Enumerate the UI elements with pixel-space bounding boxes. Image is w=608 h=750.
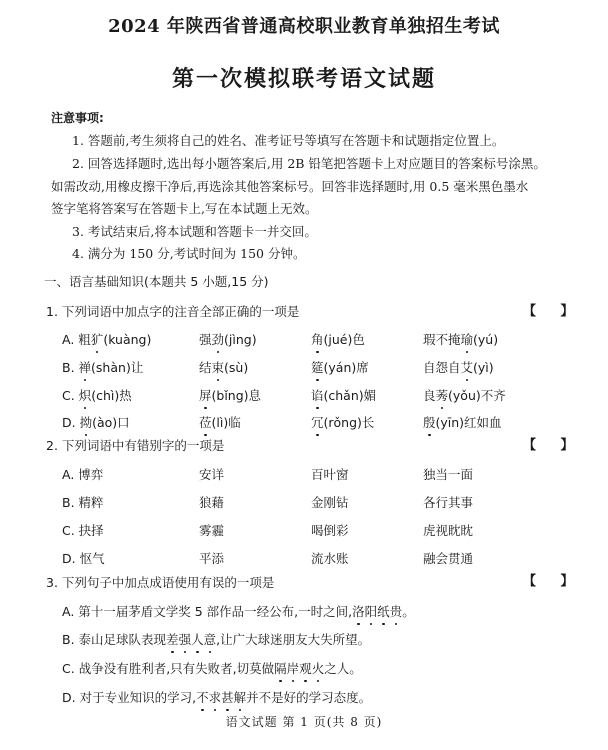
pinyin-suffix: (sù) [224, 360, 248, 375]
dotted-char: 冗 [311, 413, 324, 431]
word-prefix: 结 [199, 360, 212, 375]
exam-title: 2024 年陕西省普通高校职业教育单独招生考试 [0, 12, 608, 38]
sentence-suffix: 之人。 [324, 661, 362, 676]
option-label: C. [62, 661, 79, 676]
sentence-prefix: 泰山足球队表现 [79, 632, 167, 647]
option-a-item: 强劲(jìng) [199, 330, 257, 348]
sentence-suffix: 并不是好的学习态度。 [246, 690, 371, 705]
pinyin-suffix: (yǒu)不齐 [448, 388, 506, 403]
option-c-sentence: C. 战争没有胜利者,只有失败者,切莫做隔岸观火之人。 [62, 659, 362, 677]
option-d-item: 莅(lì)临 [199, 413, 241, 431]
option-a-item: A. 粗犷(kuàng) [62, 330, 151, 348]
section-heading: 一、语言基础知识(本题共 5 小题,15 分) [44, 272, 269, 290]
dotted-idiom-char: 阳 [365, 602, 378, 620]
notice-line-4: 签字笔将答案写在答题卡上,写在本试题上无效。 [51, 199, 317, 217]
option-c-word: 虎视眈眈 [423, 521, 473, 539]
dotted-char: 拗 [80, 413, 93, 431]
sentence-prefix: 第十一届茅盾文学奖 5 部作品一经公布,一时之间, [78, 604, 352, 619]
sentence-prefix: 对于专业知识的学习, [80, 690, 196, 705]
option-b-word: 狼藉 [199, 493, 224, 511]
option-c-item: 屏(bǐng)息 [199, 386, 261, 404]
dotted-char: 犷 [91, 330, 104, 348]
notice-line-1: 1. 答题前,考生须将自己的姓名、准考证号等填写在答题卡和试题指定位置上。 [72, 131, 504, 149]
option-c-word: 雾霾 [199, 521, 224, 539]
dotted-char: 筵 [311, 358, 324, 376]
answer-bracket-q1[interactable]: 【 】 [523, 300, 584, 319]
pinyin-suffix: (lì)临 [212, 415, 241, 430]
option-d-item: 冗(rǒng)长 [311, 413, 374, 431]
option-b-word: B. 精粹 [62, 493, 104, 511]
answer-bracket-q2[interactable]: 【 】 [523, 434, 584, 453]
option-c-item: 良莠(yǒu)不齐 [423, 386, 506, 404]
dotted-char: 殷 [423, 413, 436, 431]
exam-subtitle: 第一次模拟联考语文试题 [0, 62, 608, 93]
option-label: C. [62, 388, 79, 403]
dotted-idiom-char: 洛 [352, 602, 365, 620]
option-a-sentence: A. 第十一届茅盾文学奖 5 部作品一经公布,一时之间,洛阳纸贵。 [62, 602, 415, 620]
option-b-item: 筵(yán)席 [311, 358, 369, 376]
option-a-item: 瑕不掩瑜(yú) [423, 330, 498, 348]
dotted-idiom-char: 强 [179, 630, 192, 648]
option-c-word: C. 抉择 [62, 521, 104, 539]
option-c-word: 喝倒彩 [311, 521, 349, 539]
pinyin-suffix: (chì)热 [91, 388, 132, 403]
option-label: D. [62, 415, 80, 430]
dotted-idiom-char: 解 [234, 688, 247, 706]
dotted-idiom-char: 贵 [390, 602, 403, 620]
option-d-word: 流水账 [311, 549, 349, 567]
option-d-item: D. 拗(ào)口 [62, 413, 130, 431]
pinyin-suffix: (yán)席 [324, 360, 369, 375]
option-d-sentence: D. 对于专业知识的学习,不求甚解并不是好的学习态度。 [62, 688, 371, 706]
option-c-item: C. 炽(chì)热 [62, 386, 132, 404]
sentence-suffix: ,让广大球迷朋友大失所望。 [216, 632, 370, 647]
word-prefix: 良 [423, 388, 436, 403]
option-a-item: 角(jué)色 [311, 330, 365, 348]
option-c-item: 谄(chǎn)媚 [311, 386, 376, 404]
dotted-idiom-char: 观 [299, 659, 312, 677]
notice-line-5: 3. 考试结束后,将本试题和答题卡一并交回。 [72, 222, 317, 240]
dotted-char: 瑜 [461, 330, 474, 348]
dotted-idiom-char: 差 [166, 630, 179, 648]
question-1-stem: 1. 下列词语中加点字的注音全部正确的一项是 [46, 302, 299, 320]
option-label: A. [62, 604, 78, 619]
option-label: B. [62, 632, 79, 647]
dotted-idiom-char: 甚 [221, 688, 234, 706]
word-prefix: 强 [199, 332, 212, 347]
dotted-idiom-char: 火 [312, 659, 325, 677]
pinyin-suffix: (yú) [473, 332, 498, 347]
option-b-item: 结束(sù) [199, 358, 248, 376]
dotted-char: 艾 [461, 358, 474, 376]
word-prefix: 自怨自 [423, 360, 461, 375]
option-b-item: B. 禅(shàn)让 [62, 358, 143, 376]
question-2-stem: 2. 下列词语中有错别字的一项是 [46, 436, 224, 454]
word-prefix: 瑕不掩 [423, 332, 461, 347]
dotted-idiom-char: 不 [196, 688, 209, 706]
dotted-char: 束 [212, 358, 225, 376]
pinyin-suffix: (ào)口 [92, 415, 130, 430]
option-b-word: 各行其事 [423, 493, 473, 511]
pinyin-suffix: (rǒng)长 [324, 415, 375, 430]
dotted-idiom-char: 意 [204, 630, 217, 648]
pinyin-suffix: (yì) [473, 360, 494, 375]
pinyin-suffix: (bǐng)息 [212, 388, 262, 403]
pinyin-suffix: (yīn)红如血 [436, 415, 502, 430]
option-a-word: 独当一面 [423, 465, 473, 483]
notice-line-3: 如需改动,用橡皮擦干净后,再选涂其他答案标号。回答非选择题时,用 0.5 毫米黑… [51, 177, 528, 195]
notice-line-2: 2. 回答选择题时,选出每小题答案后,用 2B 铅笔把答题卡上对应题目的答案标号… [72, 154, 546, 172]
option-a-word: 百叶窗 [311, 465, 349, 483]
option-label: B. [62, 360, 79, 375]
option-d-word: 平添 [199, 549, 224, 567]
dotted-idiom-char: 隔 [274, 659, 287, 677]
option-label: D. [62, 690, 80, 705]
dotted-char: 屏 [199, 386, 212, 404]
dotted-char: 谄 [311, 386, 324, 404]
dotted-char: 禅 [79, 358, 92, 376]
dotted-char: 莠 [436, 386, 449, 404]
word-prefix: 粗 [78, 332, 91, 347]
dotted-idiom-char: 岸 [287, 659, 300, 677]
option-d-word: D. 怄气 [62, 549, 105, 567]
option-label: A. [62, 332, 78, 347]
option-a-word: 安详 [199, 465, 224, 483]
pinyin-suffix: (jué)色 [324, 332, 365, 347]
dotted-idiom-char: 人 [191, 630, 204, 648]
answer-bracket-q3[interactable]: 【 】 [523, 570, 584, 589]
option-d-item: 殷(yīn)红如血 [423, 413, 502, 431]
sentence-prefix: 战争没有胜利者,只有失败者,切莫做 [79, 661, 274, 676]
pinyin-suffix: (shàn)让 [91, 360, 143, 375]
notice-line-6: 4. 满分为 150 分,考试时间为 150 分钟。 [72, 244, 306, 262]
option-b-item: 自怨自艾(yì) [423, 358, 494, 376]
option-b-word: 金刚钻 [311, 493, 349, 511]
dotted-char: 角 [311, 330, 324, 348]
page-footer: 语文试题 第 1 页(共 8 页) [0, 713, 608, 730]
question-3-stem: 3. 下列句子中加点成语使用有误的一项是 [46, 573, 274, 591]
pinyin-suffix: (chǎn)媚 [324, 388, 377, 403]
notice-heading: 注意事项: [51, 109, 104, 126]
dotted-idiom-char: 纸 [377, 602, 390, 620]
sentence-suffix: 。 [402, 604, 415, 619]
option-d-word: 融会贯通 [423, 549, 473, 567]
dotted-char: 炽 [79, 386, 92, 404]
dotted-char: 莅 [199, 413, 212, 431]
dotted-idiom-char: 求 [209, 688, 222, 706]
pinyin-suffix: (kuàng) [103, 332, 151, 347]
option-b-sentence: B. 泰山足球队表现差强人意,让广大球迷朋友大失所望。 [62, 630, 370, 648]
pinyin-suffix: (jìng) [224, 332, 257, 347]
dotted-char: 劲 [212, 330, 225, 348]
option-a-word: A. 博弈 [62, 465, 103, 483]
